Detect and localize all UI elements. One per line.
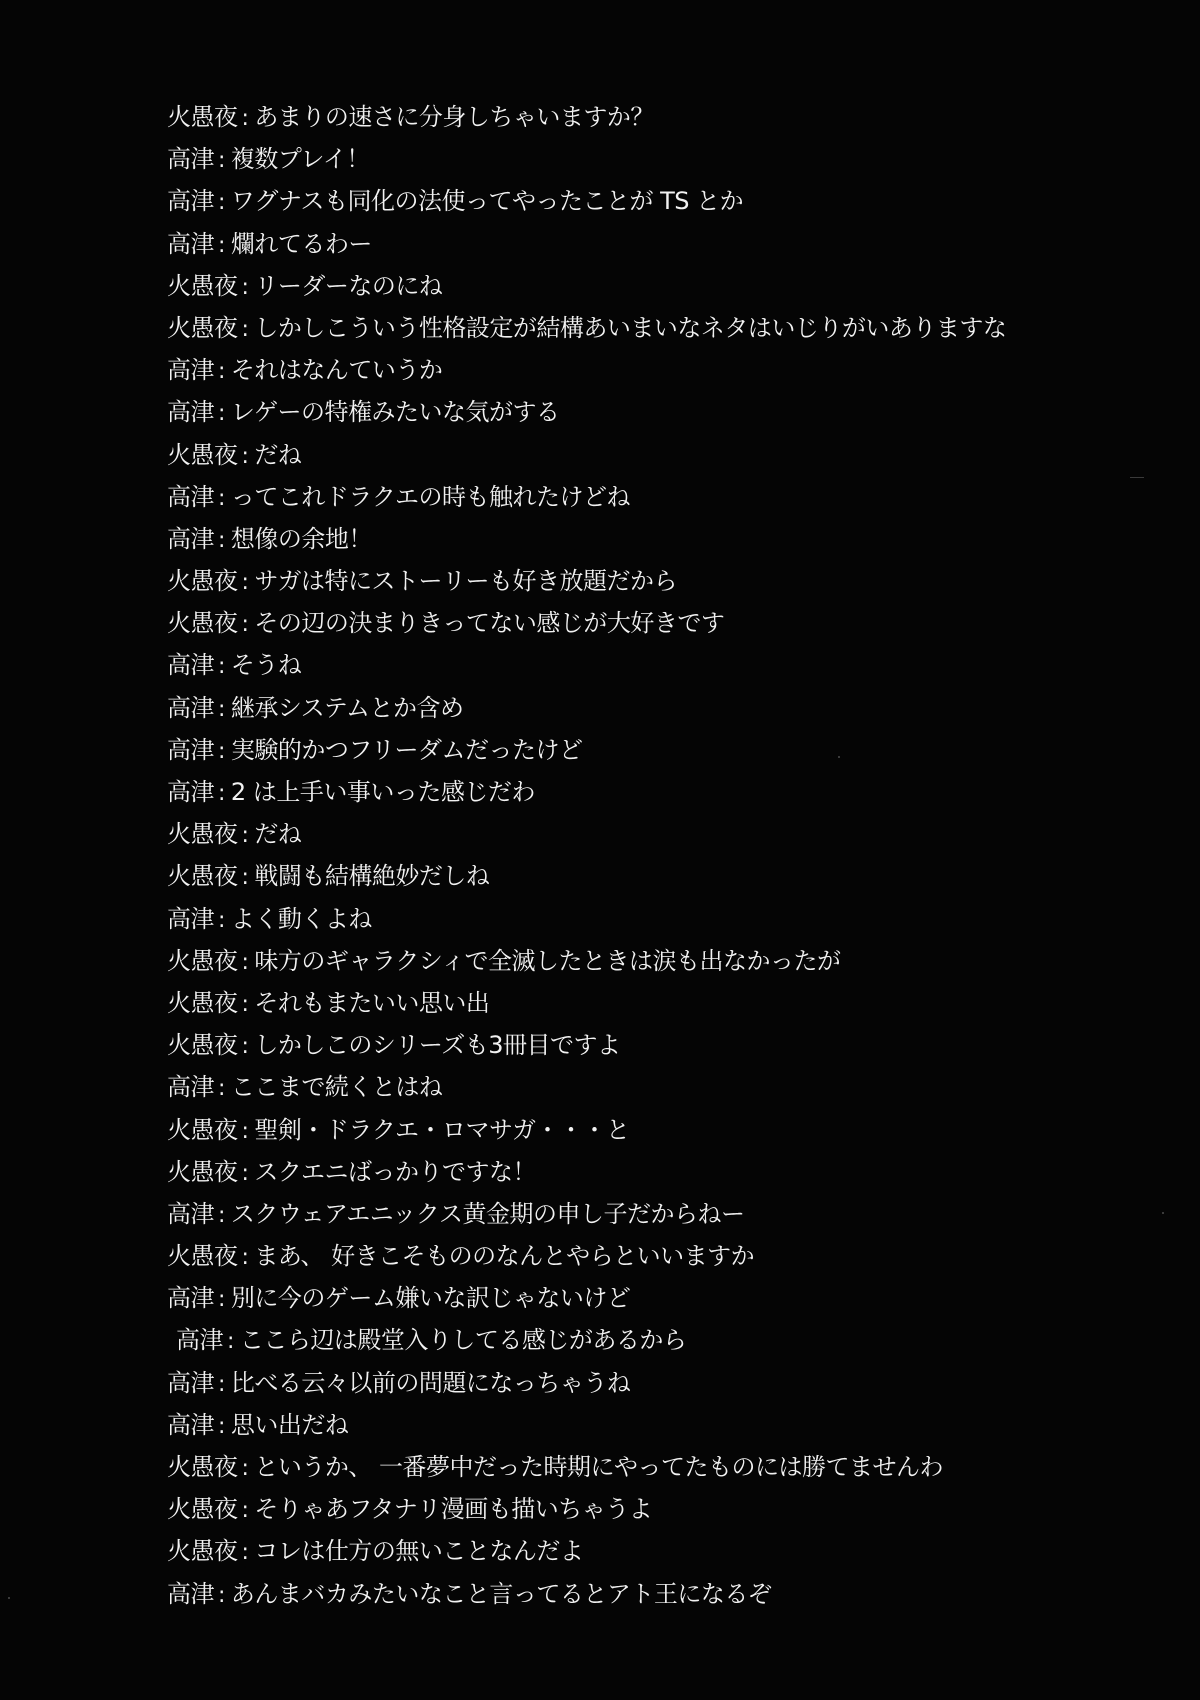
dialogue-text: 継承システムとか含め (231, 694, 464, 722)
dialogue-text: そうね (231, 651, 302, 679)
speaker-separator: : (242, 987, 249, 1023)
speaker-name: 高津 (167, 356, 214, 384)
dialogue-text: リーダーなのにね (254, 272, 442, 300)
scan-artifact (838, 756, 840, 758)
scan-artifact (1130, 477, 1144, 478)
speaker-name: 高津 (167, 1200, 214, 1228)
dialogue-line: 火愚夜:そりゃあフタナリ漫画も描いちゃうよ (167, 1491, 1006, 1533)
dialogue-text: 実験的かつフリーダムだったけど (231, 736, 583, 764)
scan-artifact (1162, 1212, 1164, 1214)
dialogue-line: 火愚夜:味方のギャラクシィで全滅したときは涙も出なかったが (167, 943, 1006, 985)
dialogue-text: しかしこういう性格設定が結構あいまいなネタはいじりがいありますな (254, 314, 1006, 342)
speaker-name: 火愚夜 (167, 567, 238, 595)
speaker-name: 高津 (167, 1369, 214, 1397)
dialogue-line: 火愚夜:戦闘も結構絶妙だしね (167, 858, 1006, 900)
scan-artifact (8, 1597, 10, 1599)
dialogue-line: 高津:比べる云々以前の問題になっちゃうね (167, 1365, 1006, 1407)
dialogue-text: コレは仕方の無いことなんだよ (254, 1537, 583, 1565)
dialogue-line: 火愚夜:サガは特にストーリーも好き放題だから (167, 563, 1006, 605)
dialogue-line: 火愚夜:あまりの速さに分身しちゃいますか？ (167, 99, 1006, 141)
speaker-separator: : (242, 565, 249, 601)
speaker-name: 火愚夜 (167, 1031, 238, 1059)
speaker-name: 火愚夜 (167, 1242, 238, 1270)
dialogue-line: 高津:継承システムとか含め (167, 690, 1006, 732)
speaker-name: 高津 (167, 651, 214, 679)
speaker-separator: : (242, 101, 249, 137)
speaker-name: 高津 (167, 905, 214, 933)
speaker-separator: : (242, 439, 249, 475)
speaker-name: 火愚夜 (167, 1495, 238, 1523)
speaker-separator: : (242, 312, 249, 348)
dialogue-line: 高津:想像の余地！ (167, 521, 1006, 563)
dialogue-text: それはなんていうか (231, 356, 443, 384)
dialogue-line: 高津:ここまで続くとはね (167, 1069, 1006, 1111)
dialogue-line: 高津:爛れてるわー (167, 226, 1006, 268)
speaker-name: 高津 (167, 736, 214, 764)
dialogue-text: 聖剣・ドラクエ・ロマサガ・・・と (254, 1116, 629, 1144)
speaker-name: 火愚夜 (167, 1158, 238, 1186)
speaker-separator: : (218, 1282, 225, 1318)
speaker-separator: : (242, 818, 249, 854)
speaker-name: 火愚夜 (167, 862, 238, 890)
speaker-name: 火愚夜 (167, 820, 238, 848)
dialogue-line: 火愚夜:それもまたいい思い出 (167, 985, 1006, 1027)
speaker-name: 高津 (167, 778, 214, 806)
speaker-name: 高津 (167, 1411, 214, 1439)
speaker-separator: : (218, 481, 225, 517)
speaker-separator: : (218, 354, 225, 390)
speaker-name: 高津 (167, 483, 214, 511)
speaker-name: 高津 (167, 1073, 214, 1101)
dialogue-text: 味方のギャラクシィで全滅したときは涙も出なかったが (254, 947, 840, 975)
speaker-separator: : (242, 1240, 249, 1276)
dialogue-line: 高津:ワグナスも同化の法使ってやったことが TS とか (167, 183, 1006, 225)
dialogue-line: 火愚夜:コレは仕方の無いことなんだよ (167, 1533, 1006, 1575)
dialogue-line: 高津:レゲーの特権みたいな気がする (167, 394, 1006, 436)
dialogue-text: 比べる云々以前の問題になっちゃうね (231, 1369, 631, 1397)
speaker-name: 高津 (167, 398, 214, 426)
dialogue-text: しかしこのシリーズも3冊目ですよ (254, 1031, 620, 1059)
speaker-name: 火愚夜 (167, 1116, 238, 1144)
speaker-separator: : (218, 649, 225, 685)
dialogue-text: それもまたいい思い出 (254, 989, 489, 1017)
speaker-separator: : (242, 1451, 249, 1487)
dialogue-text: 思い出だね (231, 1411, 349, 1439)
dialogue-text: ここら辺は殿堂入りしてる感じがあるから (240, 1326, 687, 1354)
speaker-separator: : (242, 860, 249, 896)
speaker-separator: : (218, 228, 225, 264)
speaker-separator: : (218, 143, 225, 179)
speaker-separator: : (218, 396, 225, 432)
speaker-name: 火愚夜 (167, 609, 238, 637)
scanned-page: 火愚夜:あまりの速さに分身しちゃいますか？高津:複数プレイ！高津:ワグナスも同化… (0, 0, 1200, 1700)
dialogue-line: 高津:2 は上手い事いった感じだわ (167, 774, 1006, 816)
dialogue-text: ここまで続くとはね (231, 1073, 443, 1101)
dialogue-text: ってこれドラクエの時も触れたけどね (231, 483, 630, 511)
speaker-separator: : (218, 692, 225, 728)
dialogue-line: 火愚夜:その辺の決まりきってない感じが大好きです (167, 605, 1006, 647)
dialogue-text: だね (254, 441, 301, 469)
speaker-name: 高津 (167, 230, 214, 258)
dialogue-text: 別に今のゲーム嫌いな訳じゃないけど (231, 1284, 631, 1312)
speaker-name: 火愚夜 (167, 1453, 238, 1481)
speaker-separator: : (218, 1409, 225, 1445)
speaker-name: 火愚夜 (167, 441, 238, 469)
dialogue-line: 火愚夜:スクエニばっかりですな！ (167, 1154, 1006, 1196)
speaker-separator: : (242, 1493, 249, 1529)
speaker-separator: : (218, 734, 225, 770)
speaker-separator: : (242, 1535, 249, 1571)
dialogue-line: 高津:それはなんていうか (167, 352, 1006, 394)
dialogue-text: 戦闘も結構絶妙だしね (254, 862, 489, 890)
dialogue-text: 想像の余地！ (231, 525, 372, 553)
speaker-name: 高津 (167, 525, 214, 553)
speaker-name: 火愚夜 (167, 272, 238, 300)
dialogue-line: 火愚夜:リーダーなのにね (167, 268, 1006, 310)
dialogue-line: 火愚夜:まあ、 好きこそもののなんとやらといいますか (167, 1238, 1006, 1280)
speaker-name: 火愚夜 (167, 103, 238, 131)
dialogue-line: 高津:ってこれドラクエの時も触れたけどね (167, 479, 1006, 521)
dialogue-text: だね (254, 820, 301, 848)
speaker-separator: : (218, 185, 225, 221)
dialogue-text: まあ、 好きこそもののなんとやらといいますか (254, 1242, 754, 1270)
speaker-name: 火愚夜 (167, 1537, 238, 1565)
dialogue-text: 複数プレイ！ (231, 145, 370, 173)
dialogue-line: 高津:思い出だね (167, 1407, 1006, 1449)
dialogue-line: 高津:よく動くよね (167, 901, 1006, 943)
dialogue-line: 火愚夜:聖剣・ドラクエ・ロマサガ・・・と (167, 1112, 1006, 1154)
speaker-separator: : (242, 607, 249, 643)
dialogue-text: その辺の決まりきってない感じが大好きです (254, 609, 724, 637)
speaker-separator: : (242, 270, 249, 306)
speaker-name: 高津 (167, 1580, 214, 1608)
speaker-name: 火愚夜 (167, 989, 238, 1017)
dialogue-text: よく動くよね (231, 905, 372, 933)
dialogue-line: 高津:ここら辺は殿堂入りしてる感じがあるから (167, 1322, 1006, 1364)
speaker-separator: : (218, 903, 225, 939)
speaker-name: 高津 (167, 145, 214, 173)
speaker-separator: : (227, 1324, 234, 1360)
dialogue-text: あまりの速さに分身しちゃいますか？ (254, 103, 654, 131)
dialogue-text: あんまバカみたいなこと言ってるとアト王になるぞ (231, 1580, 772, 1608)
speaker-separator: : (218, 1071, 225, 1107)
speaker-separator: : (242, 945, 249, 981)
dialogue-text: スクエニばっかりですな！ (254, 1158, 536, 1186)
dialogue-line: 高津:別に今のゲーム嫌いな訳じゃないけど (167, 1280, 1006, 1322)
speaker-separator: : (218, 1198, 225, 1234)
speaker-separator: : (218, 1367, 225, 1403)
speaker-name: 火愚夜 (167, 947, 238, 975)
dialogue-text: レゲーの特権みたいな気がする (231, 398, 560, 426)
dialogue-text: 爛れてるわー (231, 230, 372, 258)
speaker-name: 高津 (167, 1284, 214, 1312)
dialogue-line: 火愚夜:だね (167, 816, 1006, 858)
speaker-separator: : (218, 523, 225, 559)
speaker-name: 高津 (167, 187, 214, 215)
dialogue-line: 高津:実験的かつフリーダムだったけど (167, 732, 1006, 774)
dialogue-text: ワグナスも同化の法使ってやったことが TS とか (231, 187, 743, 215)
dialogue-transcript: 火愚夜:あまりの速さに分身しちゃいますか？高津:複数プレイ！高津:ワグナスも同化… (167, 99, 1006, 1618)
speaker-separator: : (218, 1578, 225, 1614)
dialogue-text: そりゃあフタナリ漫画も描いちゃうよ (254, 1495, 652, 1523)
dialogue-line: 火愚夜:だね (167, 437, 1006, 479)
dialogue-text: というか、 一番夢中だった時期にやってたものには勝てませんわ (254, 1453, 943, 1481)
speaker-name: 火愚夜 (167, 314, 238, 342)
speaker-separator: : (242, 1114, 249, 1150)
speaker-separator: : (218, 776, 225, 812)
dialogue-line: 火愚夜:というか、 一番夢中だった時期にやってたものには勝てませんわ (167, 1449, 1006, 1491)
speaker-separator: : (242, 1029, 249, 1065)
dialogue-line: 火愚夜:しかしこういう性格設定が結構あいまいなネタはいじりがいありますな (167, 310, 1006, 352)
dialogue-line: 高津:あんまバカみたいなこと言ってるとアト王になるぞ (167, 1576, 1006, 1618)
dialogue-line: 高津:そうね (167, 647, 1006, 689)
speaker-name: 高津 (167, 694, 214, 722)
speaker-name: 高津 (176, 1326, 223, 1354)
dialogue-line: 高津:スクウェアエニックス黄金期の申し子だからねー (167, 1196, 1006, 1238)
dialogue-line: 火愚夜:しかしこのシリーズも3冊目ですよ (167, 1027, 1006, 1069)
dialogue-line: 高津:複数プレイ！ (167, 141, 1006, 183)
dialogue-text: サガは特にストーリーも好き放題だから (254, 567, 677, 595)
dialogue-text: スクウェアエニックス黄金期の申し子だからねー (231, 1200, 745, 1228)
dialogue-text: 2 は上手い事いった感じだわ (231, 778, 535, 806)
speaker-separator: : (242, 1156, 249, 1192)
